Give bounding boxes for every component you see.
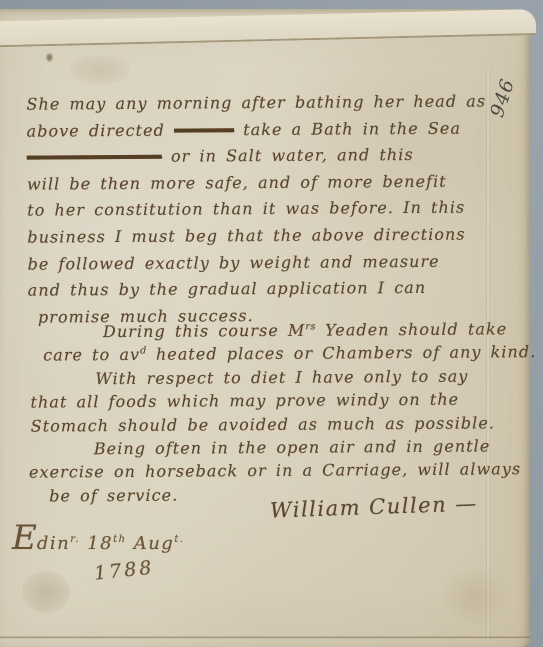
letter-page: 946 She may any morning after bathing he…: [0, 9, 530, 647]
letter-line: During this course Mrs Yeaden should tak…: [103, 319, 507, 341]
text-segment: Yeaden should take: [316, 319, 507, 339]
text-segment: During this course M: [103, 321, 306, 341]
deleted-text: —————————: [27, 147, 162, 167]
photograph-background: 946 She may any morning after bathing he…: [0, 0, 543, 647]
text-segment: t.: [174, 534, 184, 545]
text-segment: business I must beg that the above direc…: [27, 225, 465, 247]
letter-line: Stomach should be avoided as much as pos…: [31, 413, 495, 435]
letter-line: be followed exactly by weight and measur…: [27, 251, 439, 273]
letter-line: Being often in the open air and in gentl…: [94, 436, 491, 458]
text-segment: care to av: [43, 345, 140, 365]
text-segment: With respect to diet I have only to say: [95, 366, 468, 388]
letter-line: that all foods which may prove windy on …: [30, 390, 459, 412]
letter-line: and thus by the gradual application I ca…: [28, 278, 427, 300]
text-segment: exercise on horseback or in a Carriage, …: [29, 460, 521, 482]
text-segment: 18: [80, 533, 113, 554]
letter-line: to her constitution than it was before. …: [27, 198, 465, 220]
text-segment: E: [12, 518, 37, 558]
letter-line: be of service.: [49, 485, 178, 505]
dateline-year: 1788: [93, 553, 185, 584]
letter-line: With respect to diet I have only to say: [95, 366, 468, 388]
letter-line: She may any morning after bathing her he…: [26, 91, 486, 113]
text-segment: be followed exactly by weight and measur…: [27, 251, 439, 273]
text-segment: She may any morning after bathing her he…: [26, 91, 486, 113]
letter-line: business I must beg that the above direc…: [27, 225, 465, 247]
deleted-text: ————: [174, 120, 234, 139]
text-segment: or in Salt water, and this: [162, 145, 414, 166]
text-segment: will be then more safe, and of more bene…: [27, 172, 447, 194]
letter-line: will be then more safe, and of more bene…: [27, 172, 447, 194]
dateline: Edinr. 18th Augt. 1788: [12, 533, 184, 580]
text-segment: Aug: [126, 533, 174, 554]
text-segment: heated places or Chambers of any kind.: [147, 342, 537, 364]
text-segment: be of service.: [49, 485, 178, 505]
dateline-place-date: Edinr. 18th Augt.: [12, 533, 184, 554]
text-segment: above directed: [27, 120, 175, 140]
text-segment: din: [37, 533, 70, 554]
text-segment: and thus by the gradual application I ca…: [28, 278, 427, 300]
text-segment: rs: [305, 321, 316, 332]
text-segment: r.: [70, 534, 80, 545]
text-segment: to her constitution than it was before. …: [27, 198, 465, 220]
text-segment: Stomach should be avoided as much as pos…: [31, 413, 495, 435]
text-segment: that all foods which may prove windy on …: [30, 390, 459, 412]
letter-line: above directed ———— take a Bath in the S…: [27, 118, 462, 140]
text-segment: Being often in the open air and in gentl…: [94, 436, 491, 458]
letter-line: ————————— or in Salt water, and this: [27, 145, 414, 167]
letter-line: care to avd heated places or Chambers of…: [43, 342, 536, 364]
text-segment: take a Bath in the Sea: [234, 118, 461, 139]
letter-line: exercise on horseback or in a Carriage, …: [29, 460, 521, 482]
text-segment: th: [113, 534, 126, 545]
